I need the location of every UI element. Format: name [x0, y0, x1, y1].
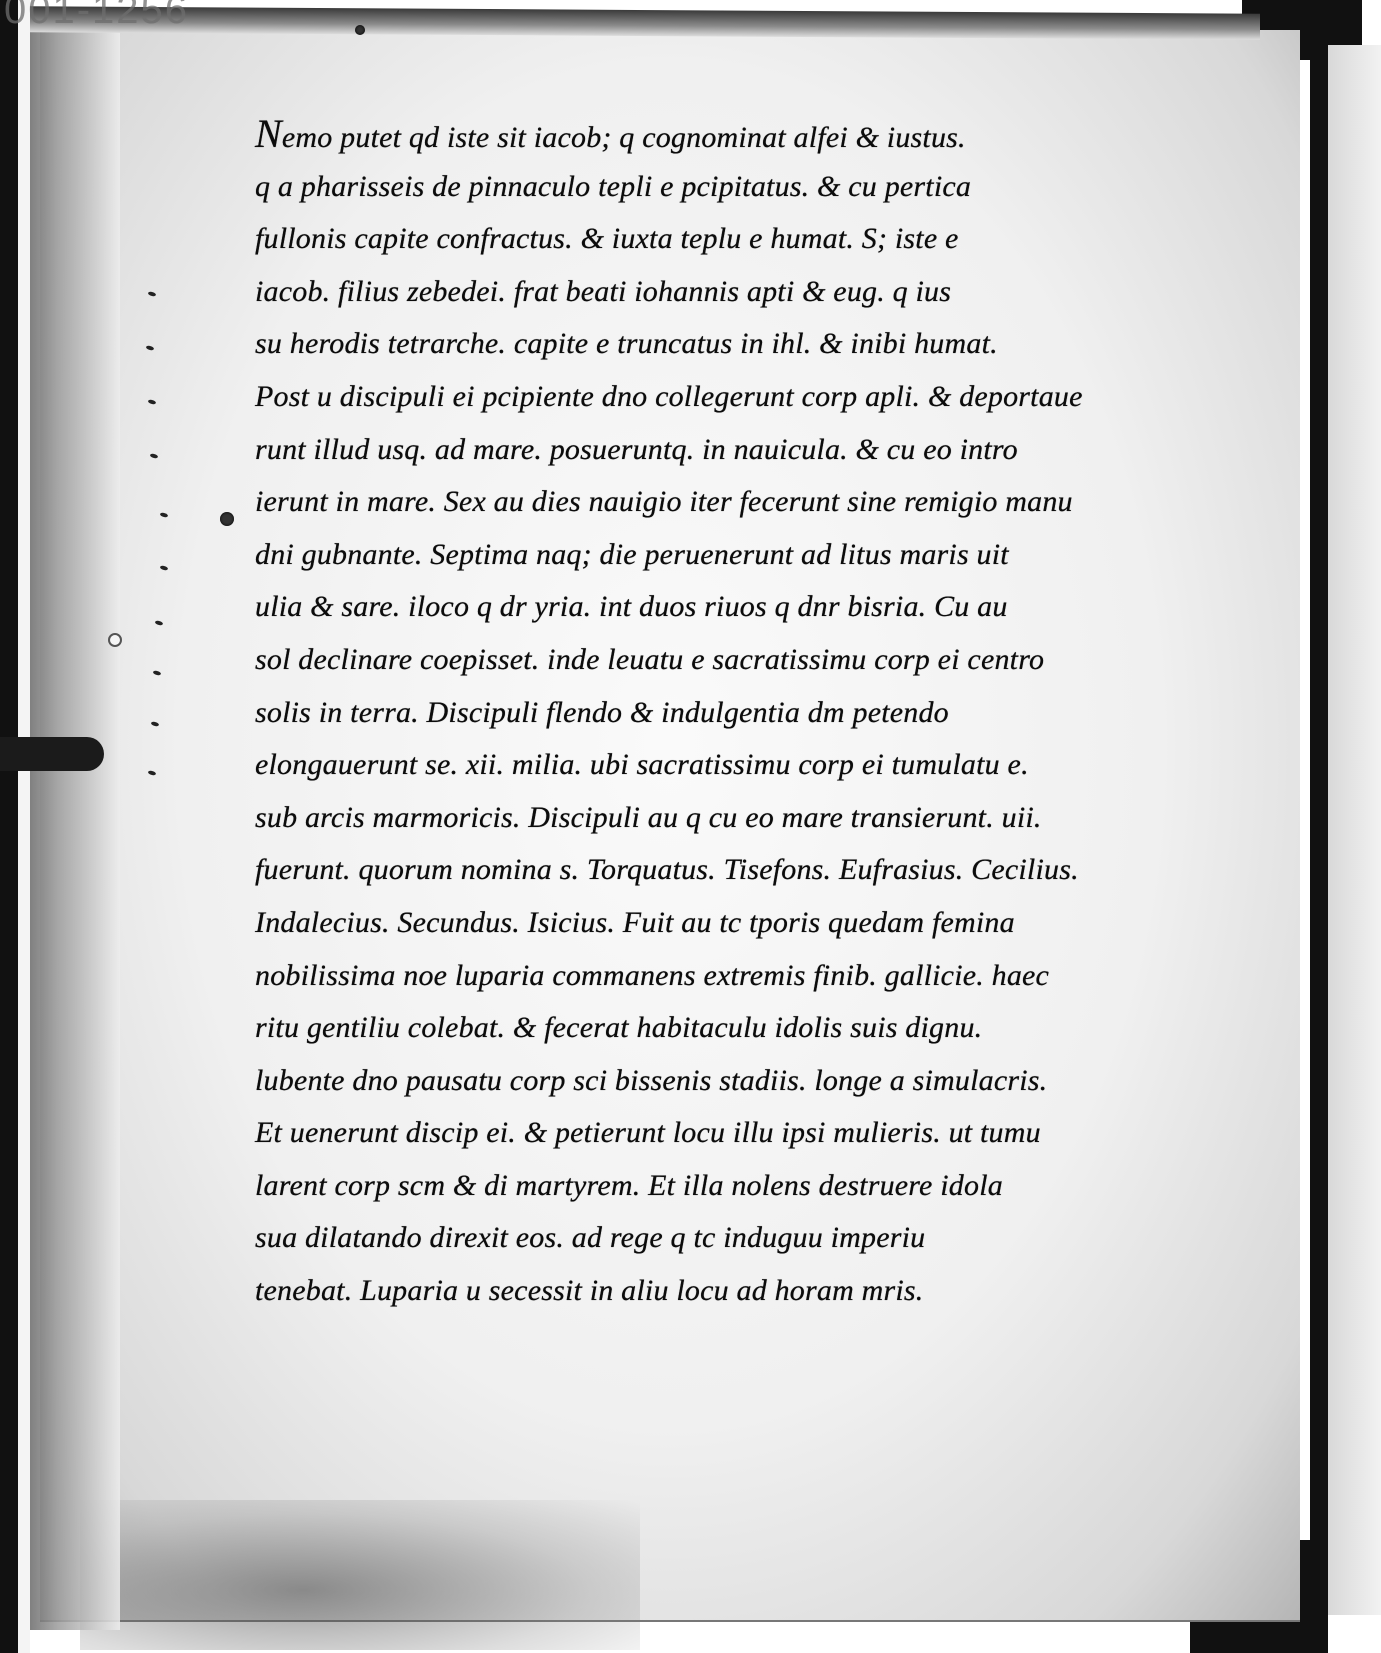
text-line: solis in terra. Discipuli flendo & indul… [255, 687, 1215, 740]
text-line: ulia & sare. iloco q dr yria. int duos r… [255, 581, 1215, 634]
wormhole [108, 633, 122, 647]
left-edge-highlight [18, 0, 30, 1653]
text-line: sol declinare coepisset. inde leuatu e s… [255, 634, 1215, 687]
manuscript-text: Nemo putet qd iste sit iacob; q cognomin… [255, 108, 1215, 1318]
text-line: fullonis capite confractus. & iuxta tepl… [255, 213, 1215, 266]
text-line: elongauerunt se. xii. milia. ubi sacrati… [255, 739, 1215, 792]
text-line: lubente dno pausatu corp sci bissenis st… [255, 1055, 1215, 1108]
manuscript-scan: 001-1256 Nemo putet qd iste sit iacob; q… [0, 0, 1381, 1653]
text-line: nobilissima noe luparia commanens extrem… [255, 950, 1215, 1003]
binding-strap [0, 737, 104, 771]
text-line: ierunt in mare. Sex au dies nauigio iter… [255, 476, 1215, 529]
text-line: q a pharisseis de pinnaculo tepli e pcip… [255, 161, 1215, 214]
left-binding-edge [0, 0, 18, 1653]
right-binding-edge [1310, 0, 1328, 1653]
text-line: sub arcis marmoricis. Discipuli au q cu … [255, 792, 1215, 845]
page-gutter-shadow [30, 10, 120, 1630]
wormhole [220, 512, 234, 526]
folio-label: 001-1256 [4, 0, 189, 33]
text-line: Nemo putet qd iste sit iacob; q cognomin… [255, 108, 1215, 161]
text-line: fuerunt. quorum nomina s. Torquatus. Tis… [255, 844, 1215, 897]
text-line: Indalecius. Secundus. Isicius. Fuit au t… [255, 897, 1215, 950]
water-stain [80, 1500, 640, 1650]
text-line: iacob. filius zebedei. frat beati iohann… [255, 266, 1215, 319]
wormhole [355, 25, 365, 35]
text-line: sua dilatando direxit eos. ad rege q tc … [255, 1212, 1215, 1265]
text-line: su herodis tetrarche. capite e truncatus… [255, 318, 1215, 371]
next-leaf-edge [1328, 45, 1381, 1615]
text-line: Post u discipuli ei pcipiente dno colleg… [255, 371, 1215, 424]
text-line: dni gubnante. Septima naq; die perueneru… [255, 529, 1215, 582]
text-line: tenebat. Luparia u secessit in aliu locu… [255, 1265, 1215, 1318]
text-line: runt illud usq. ad mare. posueruntq. in … [255, 424, 1215, 477]
text-line: Et uenerunt discip ei. & petierunt locu … [255, 1107, 1215, 1160]
text-line: ritu gentiliu colebat. & fecerat habitac… [255, 1002, 1215, 1055]
text-line: larent corp scm & di martyrem. Et illa n… [255, 1160, 1215, 1213]
